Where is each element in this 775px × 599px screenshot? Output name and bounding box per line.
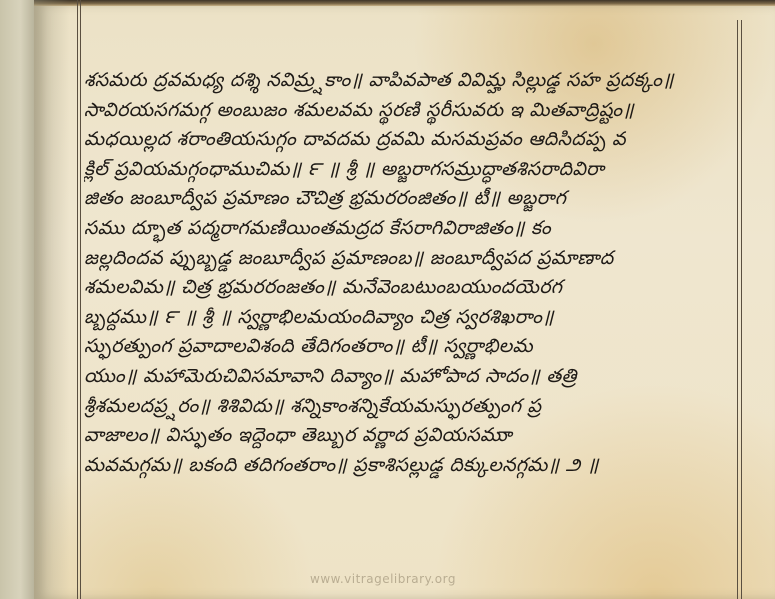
manuscript-text: శసమరు ద్రవమధ్య దశ్శి నవిమ్ర్షకాం॥ వాపివప… bbox=[84, 66, 740, 480]
text-line-4: క్లిల్ ప్రవియమగ్గంధాముచిమ॥ ౯ ॥ శ్రీ ॥ అబ… bbox=[84, 155, 740, 185]
text-line-8: శమలవిమ॥ చిత్ర భ్రమరరంజతం॥ మనేవెంబటుంబయుం… bbox=[84, 273, 740, 303]
text-line-6: సము ద్భూత పద్మరాగమణియింతమద్రద కేసరాగివిర… bbox=[84, 214, 740, 244]
text-line-10: స్ఫురత్పుంగ ప్రవాదాలవిశంది తేదిగంతరాం॥ ట… bbox=[84, 332, 740, 362]
page-top-edge bbox=[34, 0, 775, 6]
binding-gutter-shadow bbox=[34, 0, 70, 599]
watermark: www.vitragelibrary.org bbox=[310, 572, 456, 586]
text-line-14: మవమగ్గమ॥ బకంది తదిగంతరాం॥ ప్రకాశిసల్లుడ్… bbox=[84, 451, 740, 481]
text-line-12: శ్రీశమలదప్ర్షరం॥ శిశివిదు॥ శన్నికాంశన్ని… bbox=[84, 392, 740, 422]
right-margin-rule-inner bbox=[741, 20, 742, 599]
text-line-7: జల్లదిందవ ప్పుబ్బడ్డ జంబూద్వీప ప్రమాణంబ॥… bbox=[84, 244, 740, 274]
facing-page-edge bbox=[0, 0, 35, 599]
text-line-11: యుం॥ మహామెరుచివిసమావాని దివ్యాం॥ మహోపాద … bbox=[84, 362, 740, 392]
text-line-1: శసమరు ద్రవమధ్య దశ్శి నవిమ్ర్షకాం॥ వాపివప… bbox=[84, 66, 740, 96]
text-line-5: జితం జంబూద్వీప ప్రమాణం చౌచిత్ర భ్రమరరంజి… bbox=[84, 184, 740, 214]
text-line-13: వాజాలం॥ విస్ఫుతం ఇద్దెంధా తెబ్బుర వర్ణాద… bbox=[84, 421, 740, 451]
text-line-2: సావిరయసగమగ్గ అంబుజం శమలవమ స్థరణి స్థరీసు… bbox=[84, 96, 740, 126]
left-margin-rule-inner bbox=[80, 0, 81, 599]
text-line-3: మధయిల్లద శరాంతియసుగ్గం దావదమ ద్రవమి మసమప… bbox=[84, 125, 740, 155]
text-line-9: బ్బద్దము॥ ౯ ॥ శ్రీ ॥ స్వర్ణాభిలమయందివ్యా… bbox=[84, 303, 740, 333]
left-margin-rule bbox=[77, 0, 78, 599]
